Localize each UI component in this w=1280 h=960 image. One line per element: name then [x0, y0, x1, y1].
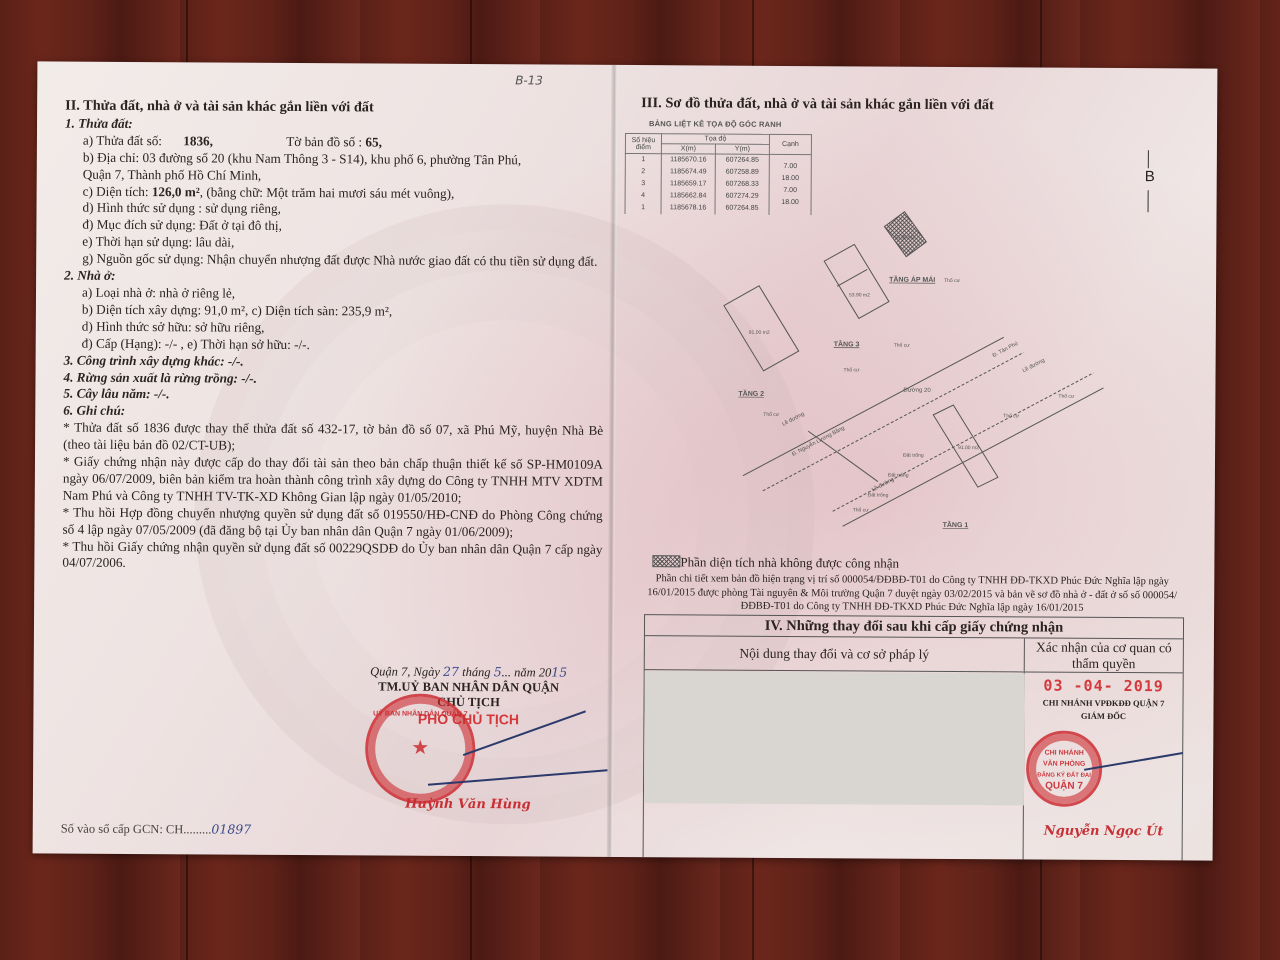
svg-text:Đất trống: Đất trống — [888, 473, 909, 479]
changes-table: IV. Những thay đổi sau khi cấp giấy chứn… — [642, 614, 1184, 860]
book-number: Số vào sổ cấp GCN: CH.........01897 — [61, 821, 252, 838]
director-title: GIÁM ĐỐC — [1024, 710, 1182, 721]
left-page: B-13 II. Thửa đất, nhà ở và tài sản khác… — [62, 98, 605, 576]
col-confirm-header: Xác nhận của cơ quan có thẩm quyền — [1025, 638, 1183, 673]
svg-text:53.90 m2: 53.90 m2 — [894, 235, 915, 241]
detail-note: Phần chi tiết xem bản đồ hiện trạng vị t… — [632, 572, 1192, 616]
area-value: 126,0 m² — [152, 184, 200, 199]
right-page: III. Sơ đồ thửa đất, nhà ở và tài sản kh… — [625, 95, 1195, 116]
page-fold — [607, 65, 618, 857]
floor-label: TẦNG 2 — [738, 388, 764, 398]
floor-label: TẦNG 1 — [943, 519, 969, 529]
col-content-header: Nội dung thay đổi và cơ sở pháp lý — [645, 636, 1024, 672]
change-content-column: Nội dung thay đổi và cơ sở pháp lý — [643, 636, 1024, 860]
svg-text:Đ. Tân Phú: Đ. Tân Phú — [992, 341, 1019, 359]
svg-text:Thổ cư: Thổ cư — [894, 342, 911, 349]
note-item: * Giấy chứng nhận này được cấp do thay đ… — [63, 454, 603, 508]
svg-text:Lề đường: Lề đường — [781, 411, 805, 428]
floor-label: TẦNG ÁP MÁI — [889, 274, 935, 284]
svg-text:Thổ cư: Thổ cư — [844, 366, 861, 373]
section-iii-title: III. Sơ đồ thửa đất, nhà ở và tài sản kh… — [641, 95, 1195, 115]
svg-text:Thổ cư: Thổ cư — [763, 411, 780, 418]
map-number: 65, — [365, 134, 382, 149]
note-item: * Thửa đất số 1836 được thay thế thửa đấ… — [63, 420, 603, 457]
svg-text:91.00 m2: 91.00 m2 — [749, 330, 770, 336]
svg-text:Đường 20: Đường 20 — [903, 388, 931, 394]
confirm-column: Xác nhận của cơ quan có thẩm quyền 03 -0… — [1023, 638, 1182, 860]
redacted-content — [644, 671, 1025, 805]
use-origin: g) Nguồn gốc sử dụng: Nhận chuyển nhượng… — [64, 251, 604, 271]
parcel-number: 1836, — [183, 133, 213, 148]
issue-date: Quận 7, Ngày 27 tháng 5... năm 2015 — [334, 663, 604, 681]
handwritten-ref: B-13 — [515, 72, 543, 89]
plot-diagram: TẦNG ÁP MÁI TẦNG 3 TẦNG 2 TẦNG 1 53.90 m… — [703, 185, 1145, 538]
svg-text:53.90 m2: 53.90 m2 — [849, 292, 870, 298]
svg-text:Đất trống: Đất trống — [903, 453, 924, 459]
branch-name: CHI NHÁNH VPĐKĐĐ QUẬN 7 — [1025, 697, 1183, 708]
svg-text:Thổ cư: Thổ cư — [1058, 393, 1075, 400]
svg-text:91.00 m2: 91.00 m2 — [958, 445, 979, 451]
section-ii-title: II. Thửa đất, nhà ở và tài sản khác gắn … — [65, 98, 605, 118]
svg-text:Lề đường: Lề đường — [1022, 358, 1046, 375]
note-item: * Thu hồi Hợp đồng chuyển nhượng quyền s… — [63, 504, 603, 541]
hatch-swatch-icon — [652, 555, 680, 567]
unrecognized-area-legend: Phần diện tích nhà không được công nhận — [652, 554, 899, 572]
coord-table-caption: BẢNG LIỆT KÊ TỌA ĐỘ GÓC RANH — [649, 119, 781, 129]
svg-text:Thổ cư: Thổ cư — [944, 277, 961, 284]
issuing-org: TM.UỶ BAN NHÂN DÂN QUẬN — [334, 679, 604, 696]
district-seal: ★ UỶ BAN NHÂN DÂN QUẬN 7 — [365, 693, 476, 804]
star-icon: ★ — [411, 735, 429, 760]
svg-text:Đất trống: Đất trống — [868, 492, 889, 498]
svg-text:Thổ cư: Thổ cư — [1003, 412, 1020, 419]
signer-name: Huỳnh Văn Hùng — [333, 796, 603, 813]
svg-text:Thổ cư: Thổ cư — [853, 506, 870, 513]
note-item: * Thu hồi Giấy chứng nhận quyền sử dụng … — [62, 538, 602, 575]
side-mark: B — [1145, 168, 1155, 185]
signer-name: Nguyễn Ngọc Út — [1044, 824, 1164, 840]
land-certificate-sheet: B-13 II. Thửa đất, nhà ở và tài sản khác… — [33, 61, 1218, 860]
floor-label: TẦNG 3 — [834, 338, 860, 348]
stamp-date: 03 -04- 2019 — [1025, 676, 1183, 695]
